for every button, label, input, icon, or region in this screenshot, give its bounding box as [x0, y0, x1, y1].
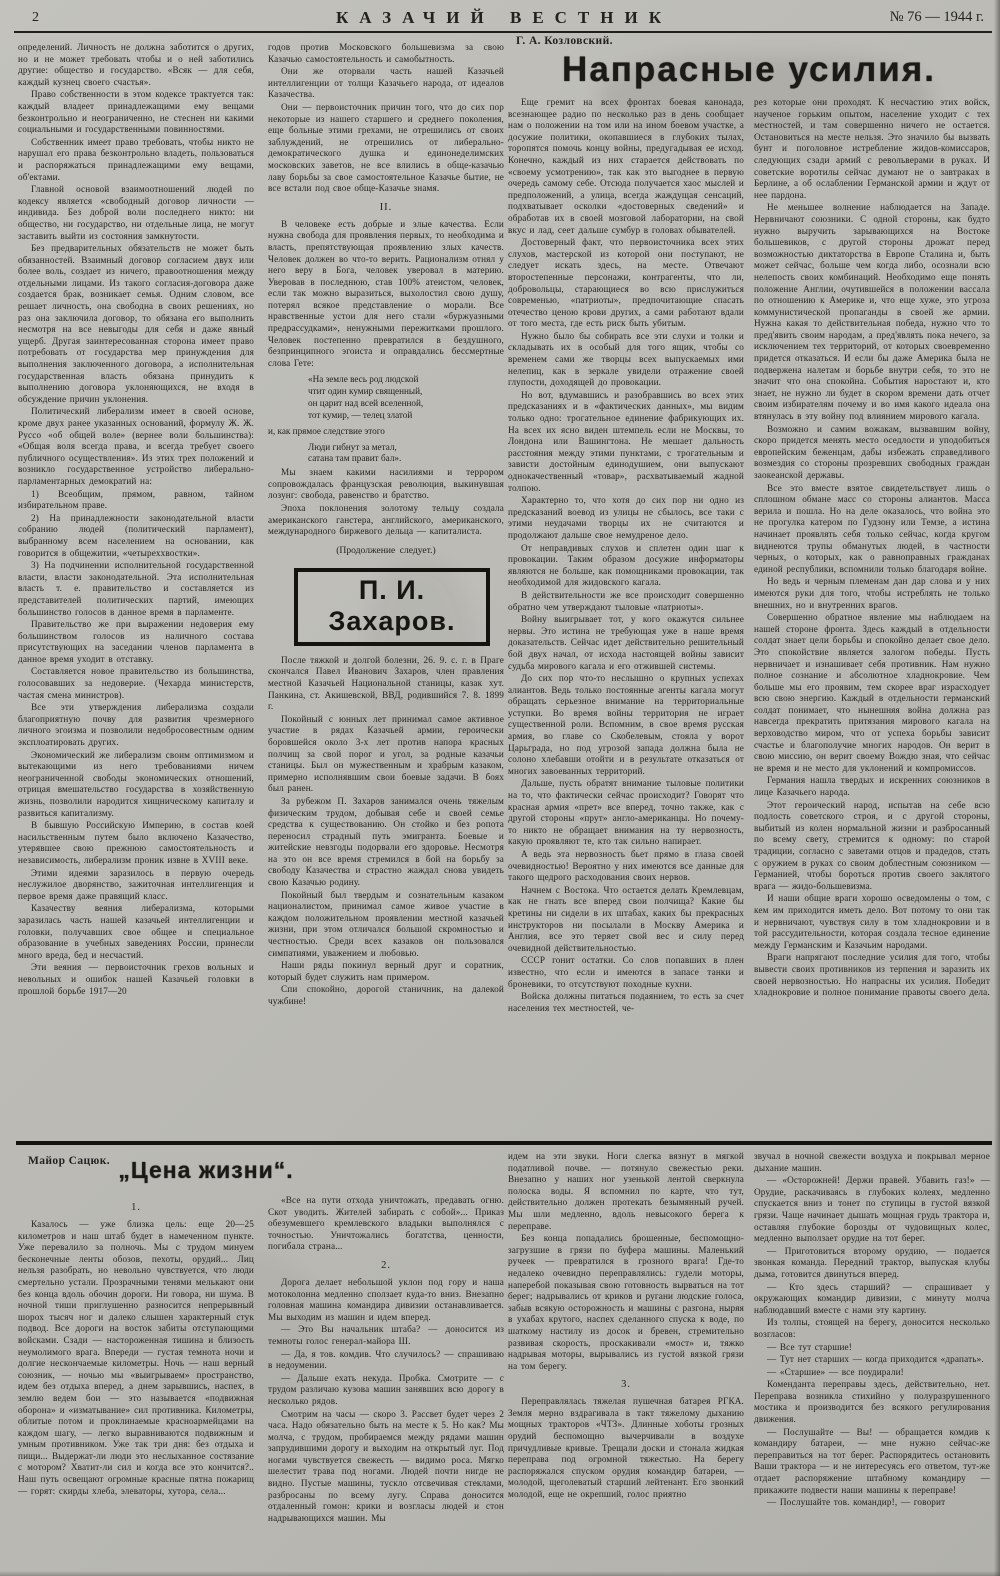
bottom-column-3-part-b: Переправлялась тяжелая пушечная батарея … — [508, 1396, 744, 1500]
column-2-intro: годов против Московского большевизма за … — [268, 42, 504, 195]
article-paragraph: До сих пор что-то неслышно о крупных усп… — [508, 673, 744, 777]
to-be-continued-note: (Продолжение следует.) — [268, 545, 504, 556]
article-paragraph: Но ведь и черным племенам дан дар слова … — [754, 576, 990, 611]
article-paragraph: — Послушайте тов. командир!, — говорит — [754, 1497, 990, 1509]
article-paragraph: В бывшую Российскую Империю, в состав ко… — [18, 820, 254, 866]
article-paragraph: Мы знаем какими насилиями и террором соп… — [268, 467, 504, 502]
article-paragraph: Дальше, пусть обратят внимание тыловые п… — [508, 778, 744, 848]
obituary-paragraph: За рубежом П. Захаров занимался очень тя… — [268, 796, 504, 889]
bottom-column-2-intro: «Все на пути отхода уничтожать, предават… — [268, 1195, 504, 1253]
section-number-3: 3. — [508, 1379, 744, 1390]
article-paragraph: Собственник имеет право требовать, чтобы… — [18, 137, 254, 183]
article-paragraph: годов против Московского большевизма за … — [268, 42, 504, 65]
column-4: рез которые они проходят. К несчастию эт… — [754, 97, 990, 1139]
article-paragraph: Коменданта переправы здесь, действительн… — [754, 1379, 990, 1425]
obituary-title-box: П. И. Захаров. — [294, 568, 490, 646]
article-paragraph: — Приготовиться второму орудию, — подает… — [754, 1246, 990, 1281]
article-paragraph: Но вот, вдумавшись и разобравшись во все… — [508, 390, 744, 494]
article-paragraph: Казачеству веяния либерализма, которыми … — [18, 903, 254, 961]
bottom-column-1-body: Казалось — уже близка цель: еще 20—25 ки… — [18, 1219, 254, 1497]
article-paragraph: Начнем с Востока. Что остается делать Кр… — [508, 885, 744, 955]
article-paragraph: Смотрим на часы — скоро 3. Рассвет будет… — [268, 1409, 504, 1525]
poem-line: чтит один кумир священный, — [308, 386, 504, 398]
article-paragraph: 2) На принадлежности законодательной вла… — [18, 513, 254, 559]
article-paragraph: Войска должны питаться подаянием, то ест… — [508, 991, 744, 1014]
article-paragraph: Враги напрягают последние усилия для тог… — [754, 952, 990, 998]
article-paragraph: Достоверный факт, что первоисточника все… — [508, 237, 744, 330]
cena-zhizni-header: Майор Сацюк. „Цена жизни“. — [18, 1149, 504, 1195]
article-paragraph: А ведь эта нервозность бьет прямо в глаз… — [508, 849, 744, 884]
poem-line: тот кумир, — телец златой — [308, 410, 504, 422]
poem-line: сатана там правит бал». — [308, 453, 504, 465]
article-paragraph: Без конца попадались брошенные, беспомощ… — [508, 1233, 744, 1372]
bottom-column-3: идем на эти звуки. Ноги слегка вязнут в … — [508, 1151, 744, 1571]
article-paragraph: — «Старшие» — все поудирали! — [754, 1367, 990, 1379]
bottom-column-2: «Все на пути отхода уничтожать, предават… — [268, 1195, 504, 1571]
column-2-body: В человеке есть добрые и злые качества. … — [268, 219, 504, 370]
article-paragraph: Нужно было бы собирать все эти слухи и т… — [508, 331, 744, 389]
article-paragraph: Эти веяния — первоисточник грехов вольны… — [18, 962, 254, 997]
article-paragraph: Все эти утверждения либерализма создали … — [18, 702, 254, 748]
article-paragraph: Войну выигрывает тот, у кого окажутся си… — [508, 614, 744, 672]
article-paragraph: СССР гонит остатки. Со слов попавших в п… — [508, 955, 744, 990]
article-paragraph: Без предварительных обязательств не може… — [18, 243, 254, 405]
article-paragraph: Не меньшее волнение наблюдается на Запад… — [754, 202, 990, 422]
article-paragraph: Все это вместе взятое свидетельствует ли… — [754, 483, 990, 576]
article-headline: Напрасные усилия. — [508, 50, 990, 90]
obituary-title: П. И. Захаров. — [300, 575, 484, 637]
article-paragraph: — Тут нет старших — когда приходится «др… — [754, 1354, 990, 1366]
article-paragraph: Главной основой взаимоотношений людей по… — [18, 184, 254, 242]
naprasnye-columns: Еще гремит на всех фронтах боевая канона… — [508, 97, 990, 1139]
article-paragraph: Эпоха поклонения золотому тельцу создала… — [268, 503, 504, 538]
obituary-paragraph: После тяжкой и долгой болезни, 26. 9. с.… — [268, 655, 504, 713]
issue-number: № 76 — 1944 г. — [890, 9, 984, 26]
article-paragraph: Этими идеями заразилось в первую очередь… — [18, 868, 254, 903]
article-paragraph: Дорога делает небольшой уклон под гору и… — [268, 1277, 504, 1323]
cena-zhizni-columns-left: 1. Казалось — уже близка цель: еще 20—25… — [18, 1195, 504, 1571]
article-paragraph: В человеке есть добрые и злые качества. … — [268, 219, 504, 370]
article-paragraph: Экономический же либерализм своим оптими… — [18, 750, 254, 820]
bottom-column-4: звучал в ночной свежести воздуха и покры… — [754, 1151, 990, 1571]
bottom-column-1: 1. Казалось — уже близка цель: еще 20—25… — [18, 1195, 254, 1571]
article-paragraph: — Послушайте — Вы! — обращается комдив к… — [754, 1427, 990, 1497]
article-paragraph: — «Осторожней! Держи правей. Убавить газ… — [754, 1175, 990, 1245]
article-paragraph: Переправлялась тяжелая пушечная батарея … — [508, 1396, 744, 1500]
newspaper-title: КАЗАЧИЙ ВЕСТНИК — [18, 8, 990, 28]
article-paragraph: Правительство же при выражении недоверия… — [18, 619, 254, 665]
bottom-column-2-body: Дорога делает небольшой уклон под гору и… — [268, 1277, 504, 1524]
article-paragraph: «Все на пути отхода уничтожать, предават… — [268, 1195, 504, 1253]
column-2: годов против Московского большевизма за … — [268, 42, 504, 1139]
article-paragraph: Совершенно обратное явление мы наблюдаем… — [754, 612, 990, 774]
article-paragraph: Из толпы, стоящей на берегу, доносится н… — [754, 1317, 990, 1340]
article-paragraph: Германия нашла твердых и искренних союзн… — [754, 775, 990, 798]
article-paragraph: рез которые они проходят. К несчастию эт… — [754, 97, 990, 201]
poem-bridge-text: и, как прямое следствие этого — [268, 425, 504, 437]
article-paragraph: — Все тут старшие! — [754, 1342, 990, 1354]
liberalism-article: определений. Личность не должна заботитс… — [18, 42, 504, 1139]
author-byline-kozlovsky: Г. А. Козловский. — [516, 35, 613, 47]
article-paragraph: Составляется новое правительство из боль… — [18, 666, 254, 701]
column-3: Еще гремит на всех фронтах боевая канона… — [508, 97, 744, 1139]
obituary-paragraph: Наши ряды покинул верный друг и соратник… — [268, 960, 504, 983]
poem-line: «На земле весь род людской — [308, 374, 504, 386]
goethe-poem-stanza-2: Люди гибнут за метал,сатана там правит б… — [308, 442, 504, 466]
obituary-paragraph: Спи спокойно, дорогой станичник, на дале… — [268, 984, 504, 1007]
article-headline-cena-zhizni: „Цена жизни“. — [18, 1157, 394, 1184]
newspaper-page: 2 КАЗАЧИЙ ВЕСТНИК № 76 — 1944 г. определ… — [0, 0, 1000, 1576]
section-number-2: 2. — [268, 1260, 504, 1271]
article-paragraph: — Это Вы начальник штаба? — доносится из… — [268, 1324, 504, 1347]
article-paragraph: Казалось — уже близка цель: еще 20—25 ки… — [18, 1219, 254, 1497]
article-paragraph: Политический либерализм имеет в своей ос… — [18, 406, 254, 487]
obituary-paragraph: Покойный был твердым и сознательным каза… — [268, 890, 504, 960]
column-1: определений. Личность не должна заботитс… — [18, 42, 254, 1139]
article-paragraph: Они — первоисточник причин того, что до … — [268, 102, 504, 195]
naprasnye-usilia-article: Г. А. Козловский. Напрасные усилия. Еще … — [508, 33, 990, 1139]
bottom-column-3-part-a: идем на эти звуки. Ноги слегка вязнут в … — [508, 1151, 744, 1372]
article-paragraph: 3) На подчинении исполнительной государс… — [18, 560, 254, 618]
goethe-poem-stanza-1: «На земле весь род людскойчтит один куми… — [308, 374, 504, 421]
cena-zhizni-columns-right: идем на эти звуки. Ноги слегка вязнут в … — [508, 1151, 990, 1571]
article-paragraph: Право собственности в этом кодексе тракт… — [18, 89, 254, 135]
section-heading-II: II. — [268, 202, 504, 213]
article-paragraph: Характерно то, что хотя до сих пор ни од… — [508, 495, 744, 541]
scan-edge-shadow — [994, 0, 1000, 1576]
article-paragraph: звучал в ночной свежести воздуха и покры… — [754, 1151, 990, 1174]
article-paragraph: Этот героический народ, испытав на себе … — [754, 800, 990, 893]
article-paragraph: 1) Всеобщим, прямом, равном, тайном изби… — [18, 489, 254, 512]
article-paragraph: — Кто здесь старший? — спрашивает у окру… — [754, 1282, 990, 1317]
column-2-after-poem: Мы знаем какими насилиями и террором соп… — [268, 467, 504, 538]
article-paragraph: — Дальше ехать некуда. Пробка. Смотрите … — [268, 1373, 504, 1408]
article-paragraph: От неправдивых слухов и сплетен один шаг… — [508, 543, 744, 589]
article-paragraph: определений. Личность не должна заботитс… — [18, 42, 254, 88]
obituary-body: После тяжкой и долгой болезни, 26. 9. с.… — [268, 655, 504, 1008]
article-paragraph: В действительности же все происходит сов… — [508, 590, 744, 613]
section-number-1: 1. — [18, 1202, 254, 1213]
obituary-paragraph: Покойный с юнных лет принимал самое акти… — [268, 714, 504, 795]
section-divider-rule — [16, 1141, 992, 1145]
article-paragraph: Они же оторвали часть нашей Казачьей инт… — [268, 66, 504, 101]
article-paragraph: Возможно и самим вожакам, вызвавшим войн… — [754, 424, 990, 482]
cena-zhizni-article: Майор Сацюк. „Цена жизни“. 1. Казалось —… — [18, 1149, 504, 1573]
poem-line: Люди гибнут за метал, — [308, 442, 504, 454]
article-paragraph: — Да, я тов. комдив. Что случилось? — сп… — [268, 1349, 504, 1372]
article-paragraph: идем на эти звуки. Ноги слегка вязнут в … — [508, 1151, 744, 1232]
masthead-row: 2 КАЗАЧИЙ ВЕСТНИК № 76 — 1944 г. — [18, 6, 990, 30]
poem-line: он царит над всей вселенной, — [308, 398, 504, 410]
article-paragraph: Еще гремит на всех фронтах боевая канона… — [508, 97, 744, 236]
scan-edge-shadow — [0, 1571, 1000, 1576]
article-paragraph: И наши общие враги хорошо осведомлены о … — [754, 893, 990, 951]
